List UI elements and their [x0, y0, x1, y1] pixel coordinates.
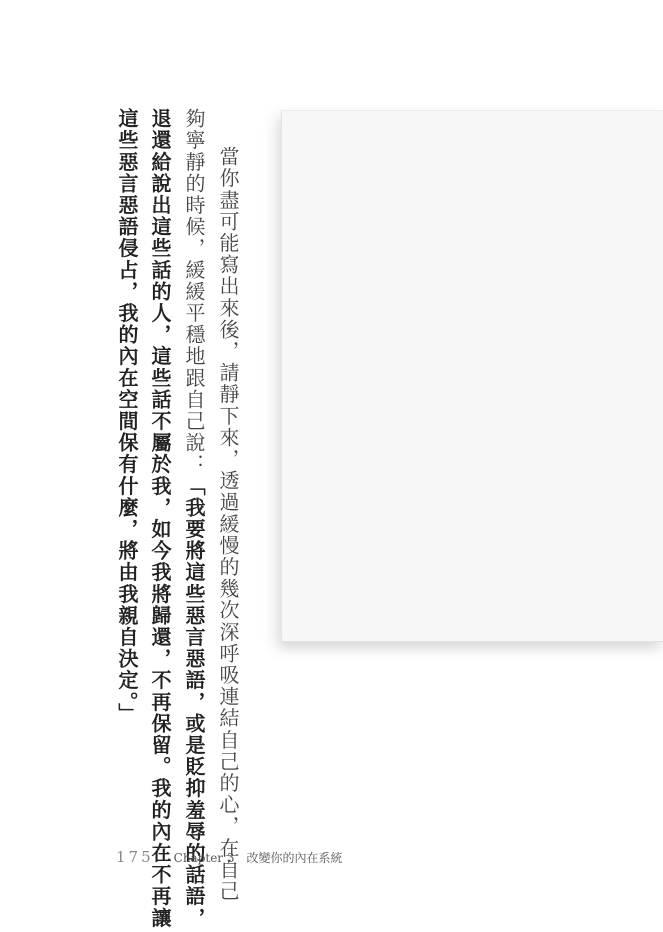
text-column-2: 夠寧靜的時候，緩緩平穩地跟自己說：「我要將這些惡言惡語，或是貶抑羞辱的話語， [182, 108, 206, 929]
text-column-2-plain: 夠寧靜的時候，緩緩平穩地跟自己說： [182, 108, 206, 475]
text-column-1: 當你盡可能寫出來後，請靜下來，透過緩慢的幾次深呼吸連結自己的心，在自己 [216, 146, 240, 902]
chapter-title: 改變你的內在系統 [247, 849, 343, 866]
text-column-4: 這些惡言惡語侵占，我的內在空間保有什麼，將由我親自決定。」 [115, 108, 139, 724]
text-column-3: 退還給說出這些話的人，這些話不屬於我，如今我將歸還，不再保留。我的內在不再讓 [148, 108, 172, 929]
chapter-label: Chapter 3 [174, 851, 235, 865]
image-placeholder-panel [281, 110, 663, 642]
page-footer: 175 Chapter 3 改變你的內在系統 [116, 848, 343, 866]
page-number: 175 [116, 848, 154, 866]
